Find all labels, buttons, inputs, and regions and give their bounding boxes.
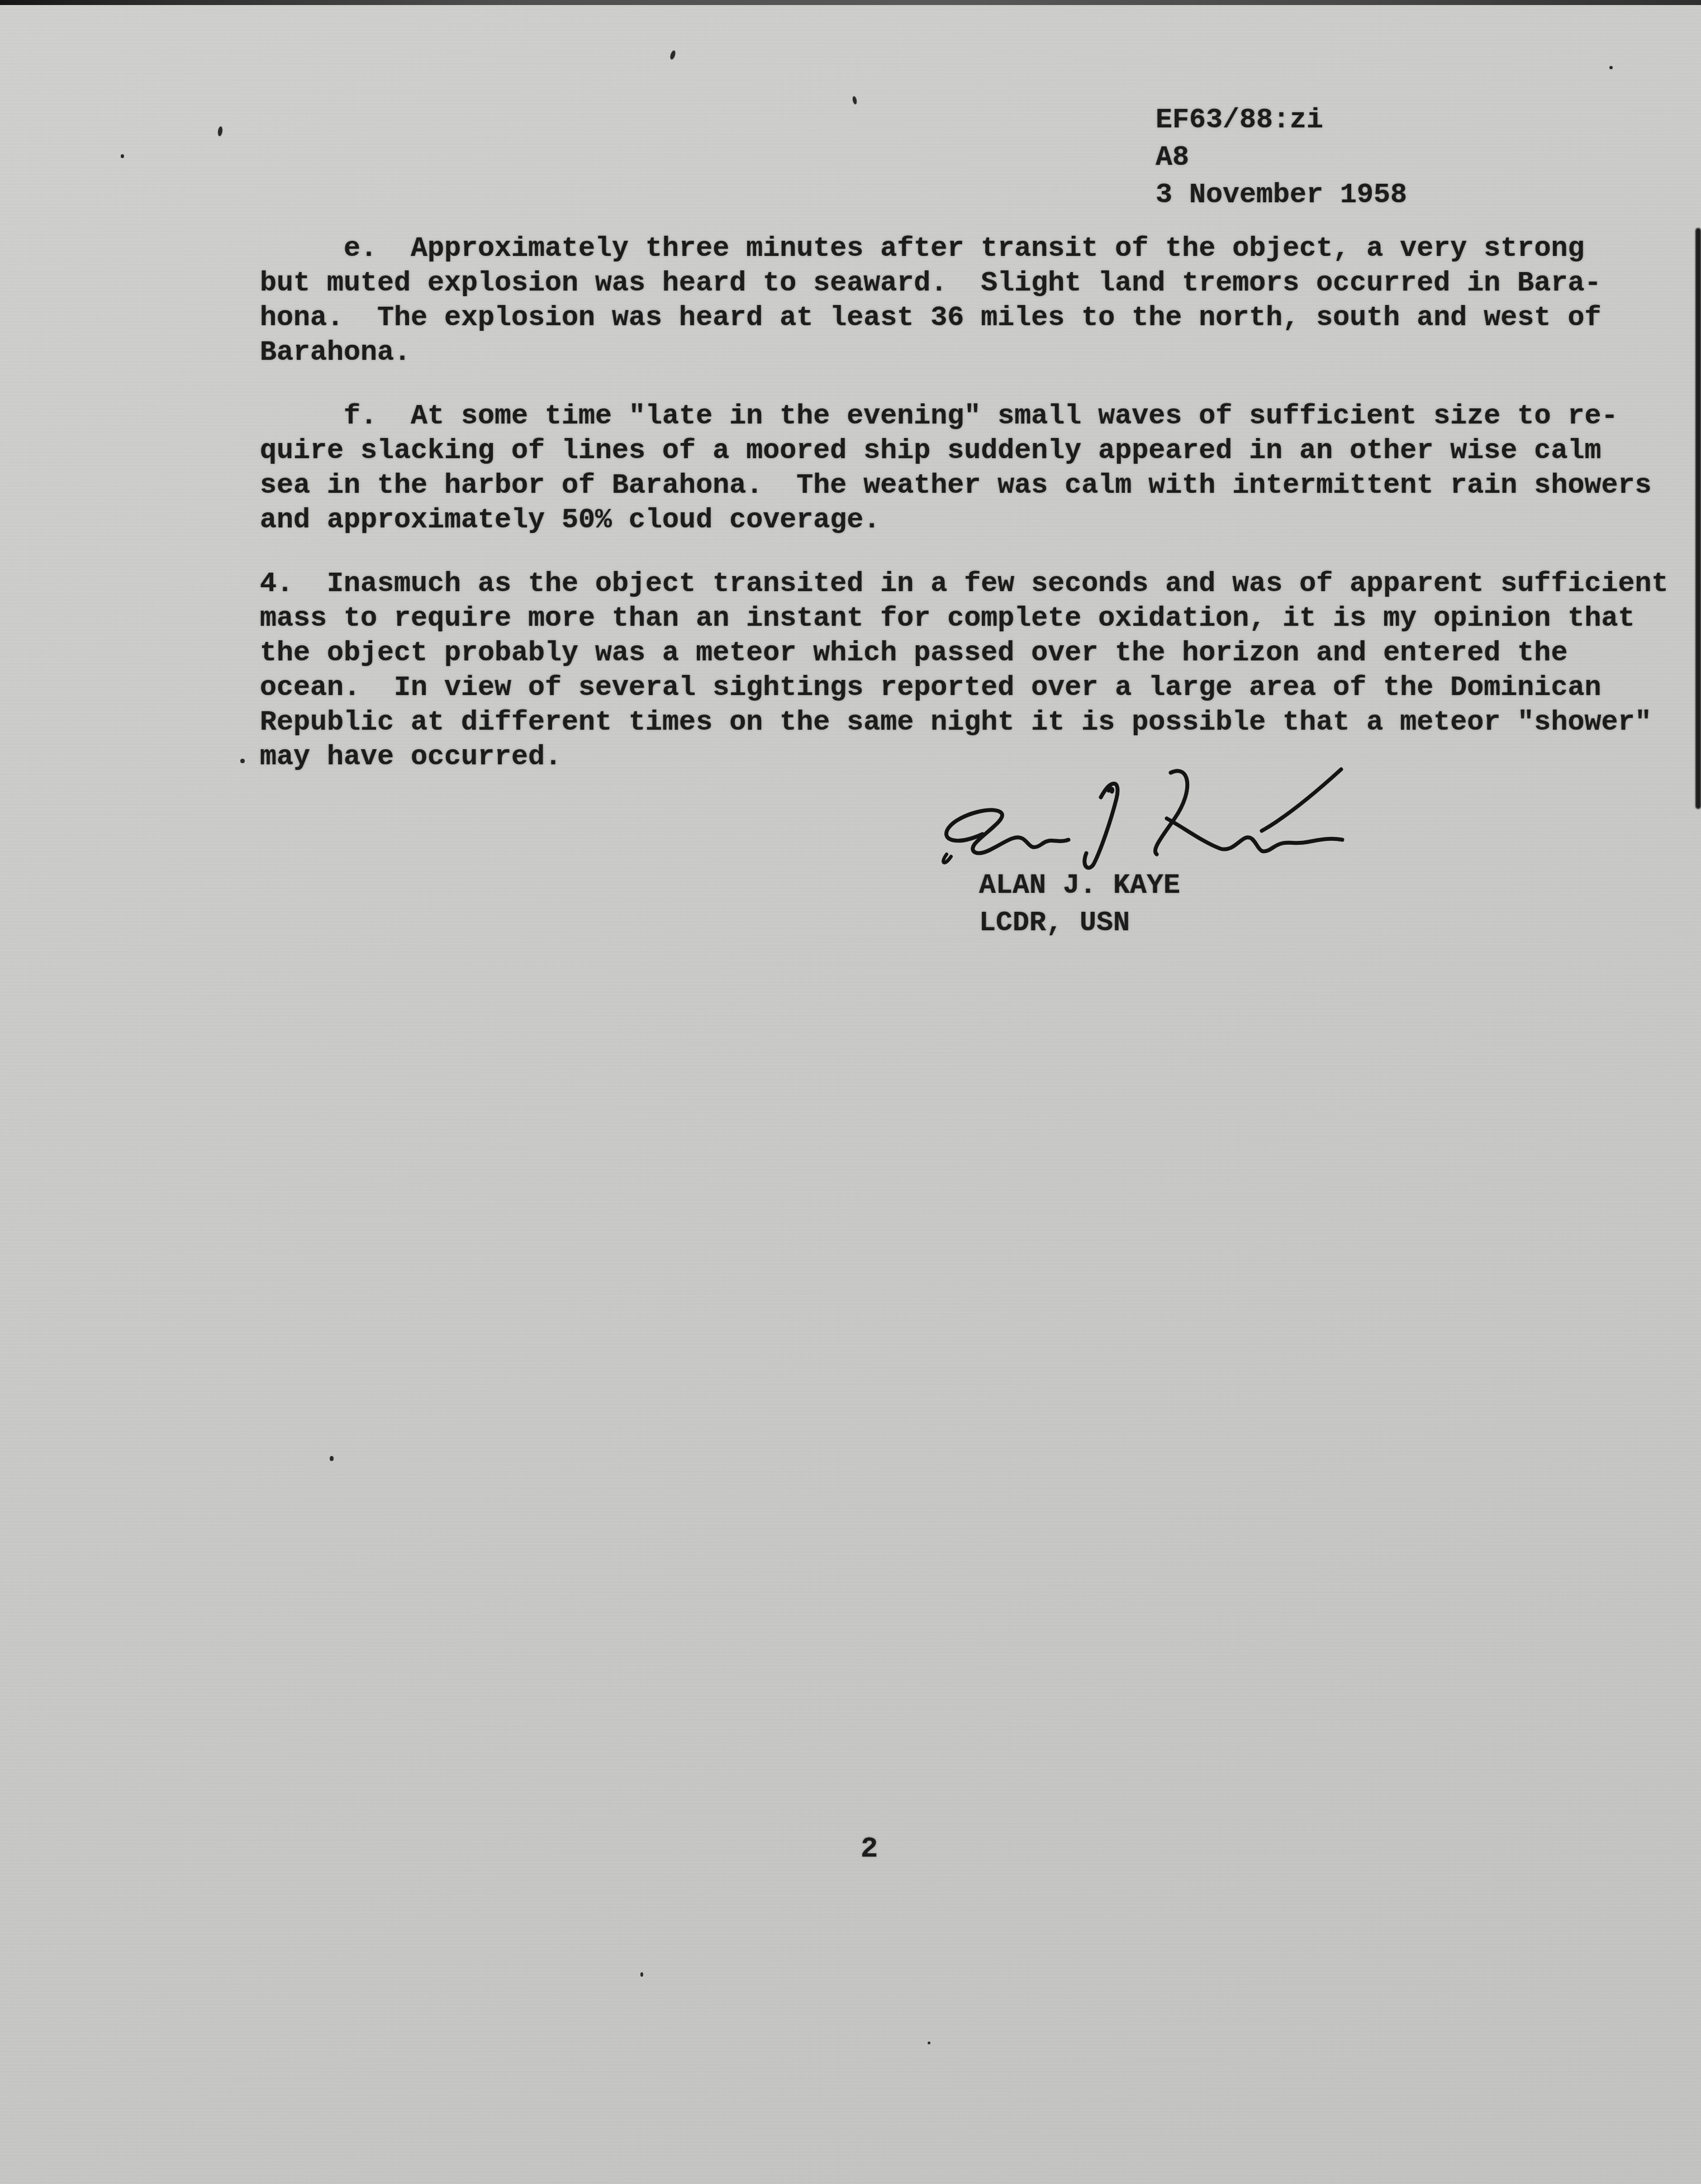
scanned-document-page: EF63/88:ziA83 November 1958 e. Approxima… [0,0,1701,2184]
paragraph-f: f. At some time "late in the evening" sm… [260,399,1701,538]
scan-speckle [1609,66,1613,69]
header-date: 3 November 1958 [1156,177,1407,214]
page-number: 2 [861,1833,878,1866]
scan-speckle [121,154,124,158]
scan-speckle [669,50,677,60]
signoff-block: ALAN J. KAYELCDR, USN [979,867,1180,942]
scan-speckle [240,759,245,763]
scan-speckle [217,126,223,137]
signoff-typed-name: ALAN J. KAYE [979,867,1180,905]
scan-speckle [928,2042,930,2044]
paragraph-e: e. Approximately three minutes after tra… [260,232,1701,370]
scan-speckle [640,1972,643,1977]
signoff-rank-service: LCDR, USN [979,905,1180,942]
scan-edge-top [0,0,1701,5]
scan-speckle [330,1456,334,1461]
header-reference: EF63/88:zi [1156,102,1407,139]
paragraph-4: 4. Inasmuch as the object transited in a… [260,567,1701,775]
header-code: A8 [1156,139,1407,177]
scan-speckle [852,96,858,104]
document-header: EF63/88:ziA83 November 1958 [1156,102,1407,214]
